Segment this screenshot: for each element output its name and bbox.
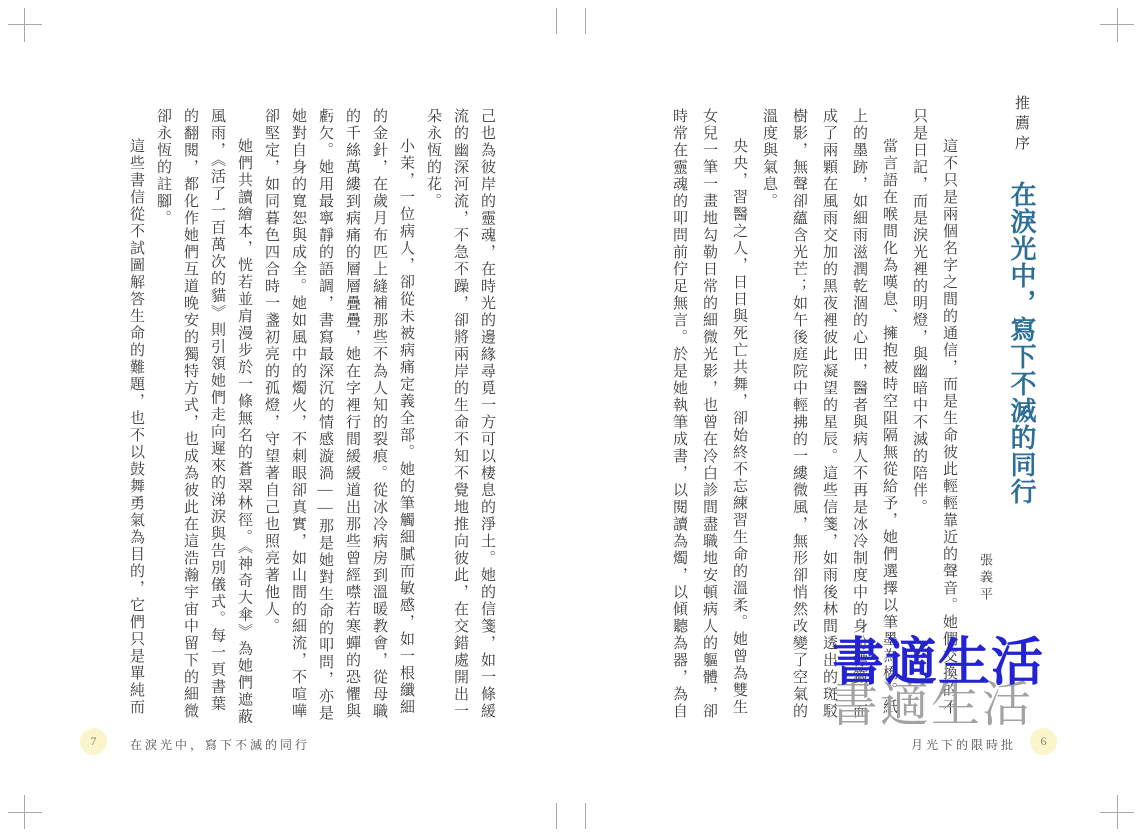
page-title: 在淚光中，寫下不滅的同行 [1007, 181, 1036, 505]
page-number-badge-left: 7 [80, 728, 107, 755]
paragraph: 央央，習醫之人，日日與死亡共舞，卻始終不忘練習生命的溫柔。她曾為雙生女兒一筆一畫… [664, 108, 754, 726]
watermark-blue: 書適生活 [832, 620, 1044, 695]
paragraph: 小茉，一位病人，卻從未被病痛定義全部。她的筆觸細膩而敏感，如一根纖細的金針，在歲… [257, 108, 419, 726]
crop-mark-top-left-h [8, 24, 42, 25]
section-label: 推薦序 [1013, 95, 1029, 155]
paragraph: 這些書信從不試圖解答生命的難題，也不以鼓舞勇氣為目的，它們只是單純而 [122, 108, 149, 726]
page-number-badge-right: 6 [1030, 728, 1057, 755]
left-page-text: 己也為彼岸的靈魂，在時光的邊緣尋覓一方可以棲息的淨土。她的信箋，如一條緩流的幽深… [120, 108, 500, 726]
crop-mark-bottom-left-v [24, 795, 25, 829]
crop-mark-top-center-1 [556, 8, 557, 34]
crop-mark-top-right-v [1117, 8, 1118, 42]
crop-mark-top-center-2 [585, 8, 586, 34]
crop-mark-bottom-right-v [1117, 795, 1118, 829]
running-title-right: 月光下的限時批 [911, 736, 1016, 753]
paragraph: 己也為彼岸的靈魂，在時光的邊緣尋覓一方可以棲息的淨土。她的信箋，如一條緩流的幽深… [419, 108, 500, 726]
crop-mark-bottom-center-2 [585, 803, 586, 829]
crop-mark-top-left-v [24, 8, 25, 42]
crop-mark-bottom-center-1 [556, 803, 557, 829]
running-title-left: 在淚光中，寫下不滅的同行 [130, 736, 310, 753]
page-number: 7 [91, 734, 97, 749]
crop-mark-bottom-left-h [8, 812, 42, 813]
page-number: 6 [1041, 734, 1047, 749]
paragraph: 她們共讀繪本，恍若並肩漫步於一條無名的蒼翠林徑。《神奇大傘》為她們遮蔽風雨，《活… [149, 108, 257, 726]
